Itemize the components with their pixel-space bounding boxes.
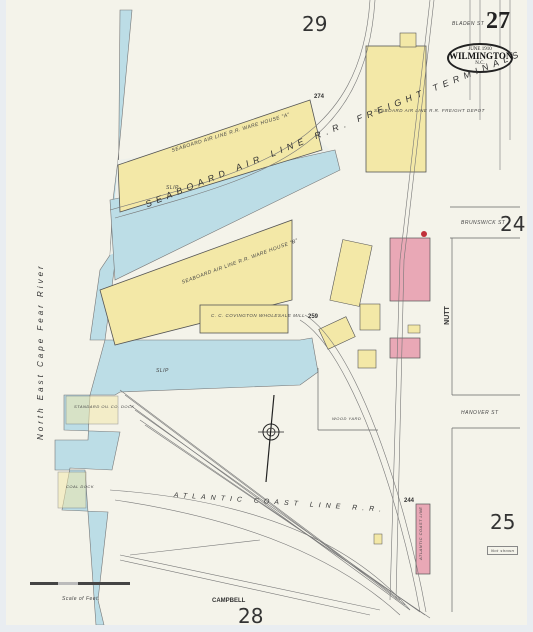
coal-dock-label: COAL DOCK	[66, 484, 94, 489]
block-244: 244	[404, 498, 414, 504]
slip-label-lower: SLIP	[156, 368, 169, 374]
adjacent-sheet-29[interactable]: 29	[302, 12, 327, 36]
adjacent-sheet-25[interactable]: 25	[490, 510, 515, 534]
slip-label-upper: SLIP	[166, 185, 179, 191]
river-label: North East Cape Fear River	[36, 263, 45, 440]
freight-depot-label: SEABOARD AIR LINE R.R. FREIGHT DEPOT	[374, 108, 485, 113]
sheet-number: 27	[486, 8, 510, 35]
block-259: 259	[308, 314, 318, 320]
block-274: 274	[314, 94, 324, 100]
covington-mill	[200, 305, 288, 333]
street-brunswick: BRUNSWICK ST	[461, 220, 505, 226]
scale-bar-icon	[30, 582, 130, 585]
street-nutt: NUTT	[444, 306, 451, 325]
north-arrow-icon	[258, 395, 284, 482]
wood-yard-label: WOOD YARD	[332, 416, 361, 421]
not-shown-box: Not shown	[487, 546, 518, 555]
brick-block	[390, 238, 430, 301]
scale-title: Scale of Feet.	[62, 596, 100, 602]
covington-mill-label: C. C. COVINGTON WHOLESALE MILL	[211, 313, 305, 318]
standard-oil-dock-label: STANDARD OIL CO. DOCK	[74, 404, 135, 409]
map-sheet: 27 JUNE 1910 WILMINGTON N.C. 29 24 25 28…	[6, 0, 527, 625]
street-bladen: BLADEN ST	[452, 21, 484, 27]
street-hanover: HANOVER ST	[461, 410, 499, 416]
street-campbell: CAMPBELL	[212, 598, 245, 604]
adjacent-sheet-28[interactable]: 28	[238, 604, 263, 625]
acl-building-label: ATLANTIC COAST LINE	[418, 507, 423, 560]
